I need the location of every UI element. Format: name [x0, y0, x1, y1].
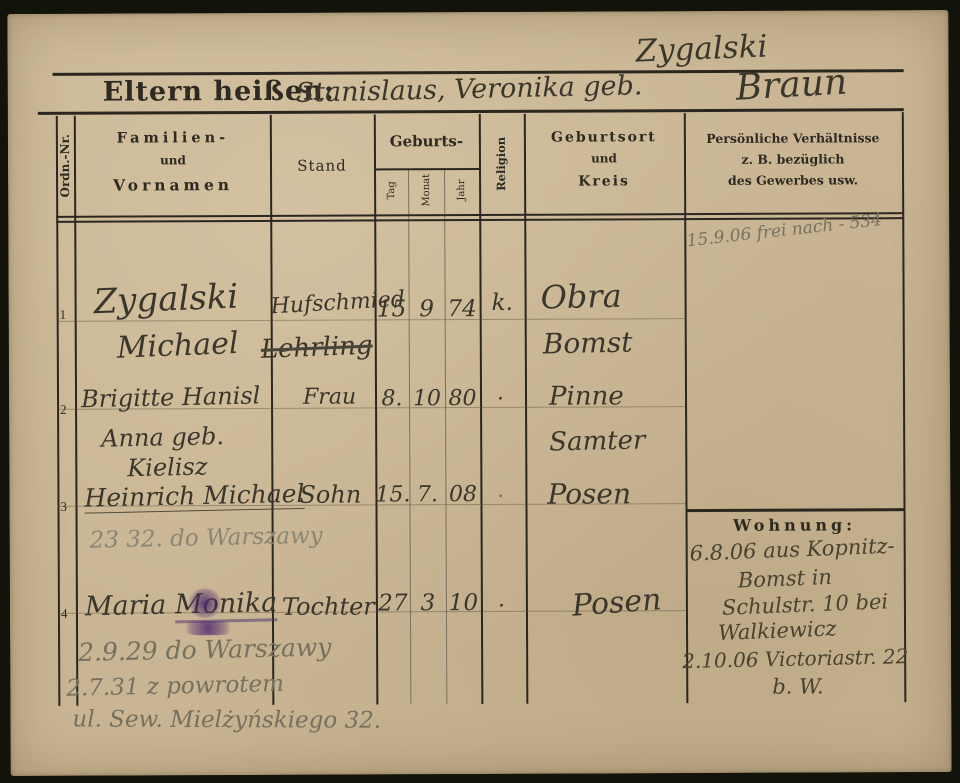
- row4-stand: Tochter: [282, 592, 375, 620]
- row2-maiden-name: Kielisz: [127, 452, 208, 482]
- row-number: 3: [60, 499, 67, 515]
- row1-birth-month: 9: [409, 296, 445, 322]
- row4-religion-ditto: ·: [498, 594, 505, 619]
- header-monat: Monat: [420, 168, 432, 212]
- wohnung-line-3: Schulstr. 10 bei: [722, 589, 889, 620]
- row1-occupation-crossed: Lehrling: [260, 331, 373, 365]
- row2-birth-month: 10: [409, 386, 445, 411]
- row4-note-3: ul. Sew. Mielżyńskiego 32.: [72, 706, 381, 733]
- header-stand: Stand: [274, 156, 370, 174]
- row4-birthplace: Posen: [571, 582, 663, 624]
- header-religion: Religion: [494, 124, 508, 204]
- rule-under-parents: [38, 108, 904, 115]
- row1-religion: k.: [492, 290, 513, 316]
- row1-surname: Zygalski: [93, 277, 239, 323]
- header-und: und: [78, 153, 268, 168]
- row1-birthplace: Obra: [540, 277, 622, 317]
- row2-name-line2: Anna geb.: [101, 422, 224, 453]
- wohnung-line-5: 2.10.06 Victoriastr. 22: [682, 644, 909, 673]
- scan-background: Zygalski Eltern heißen: Stanislaus, Vero…: [0, 0, 960, 783]
- row2-birthplace: Pinne: [549, 381, 624, 411]
- row1-firstname: Michael: [116, 326, 239, 366]
- row2-stand: Frau: [303, 385, 356, 410]
- row3-stand: Sohn: [299, 481, 361, 509]
- row-number: 2: [60, 402, 67, 418]
- wohnung-top-line: [686, 508, 904, 511]
- row-number: 1: [60, 307, 67, 323]
- surname-annotation: Zygalski: [635, 28, 768, 69]
- wohnung-line-4: Walkiewicz: [718, 616, 837, 645]
- header-vornamen: Vornamen: [78, 175, 268, 195]
- row3-birth-year: 08: [445, 482, 480, 507]
- table-line: [524, 114, 529, 704]
- header-geburtsort: Geburtsort: [528, 129, 680, 146]
- header-familien: Familien-: [78, 129, 268, 147]
- row4-note-2: 2.7.31 z powrotem: [66, 671, 284, 702]
- wohnung-label: Wohnung:: [686, 515, 904, 535]
- row2-birth-day: 8.: [375, 386, 409, 411]
- ink-blot: [188, 588, 222, 618]
- row3-birth-month: 7.: [409, 482, 445, 507]
- registration-card: Zygalski Eltern heißen: Stanislaus, Vero…: [7, 10, 951, 776]
- table-line: [74, 116, 79, 706]
- row2-birthdistrict: Samter: [549, 425, 646, 457]
- table-line: [902, 112, 907, 702]
- row3-birth-day: 15.: [375, 482, 409, 507]
- row1-birth-year: 74: [445, 296, 480, 322]
- row4-name-first: Maria: [85, 590, 167, 623]
- row4-birth-day: 27: [376, 590, 410, 616]
- header-persoenliche-2: z. B. bezüglich: [688, 151, 898, 167]
- header-persoenliche-3: des Gewerbes usw.: [688, 172, 898, 188]
- row4-birth-month: 3: [410, 590, 446, 616]
- wohnung-line-2: Bomst in: [737, 565, 832, 593]
- row3-religion-ditto: ·: [497, 484, 503, 508]
- row4-name: Maria Monika: [85, 587, 278, 622]
- parents-names-handwriting: Stanislaus, Veronika geb.: [295, 70, 642, 109]
- table-line: [684, 113, 689, 703]
- row-number: 4: [61, 606, 68, 622]
- header-jahr: Jahr: [455, 168, 467, 212]
- row3-name: Heinrich Michael: [84, 479, 305, 514]
- wohnung-line-1: 6.8.06 aus Kopnitz-: [689, 534, 895, 566]
- wohnung-line-6: b. W.: [772, 675, 823, 699]
- row1-birth-day: 15: [375, 296, 409, 322]
- header-geburts: Geburts-: [374, 132, 479, 150]
- row2-religion-ditto: ·: [497, 387, 504, 412]
- ink-smear: [178, 621, 238, 635]
- row1-birthdistrict: Bomst: [542, 326, 632, 361]
- row2-birth-year: 80: [445, 386, 480, 411]
- table-line-thin: [444, 169, 447, 704]
- registry-note: 15.9.06 frei nach - 534: [686, 210, 883, 251]
- row4-note-1: 2.9.29 do Warszawy: [78, 632, 332, 667]
- row2-name: Brigitte Hanisl: [81, 381, 261, 413]
- parents-surname-handwriting: Braun: [735, 62, 849, 109]
- header-kreis: Kreis: [528, 173, 680, 190]
- header-persoenliche-1: Persönliche Verhältnisse: [688, 130, 898, 146]
- row3-birthplace: Posen: [547, 477, 631, 510]
- table-line-thin: [408, 169, 411, 704]
- header-ort-und: und: [528, 151, 680, 166]
- row4-birth-year: 10: [446, 590, 481, 616]
- row3-note: 23 32. do Warszawy: [89, 523, 323, 554]
- header-tag: Tag: [385, 168, 397, 212]
- header-ordn-nr: Ordn.-Nr.: [56, 116, 74, 216]
